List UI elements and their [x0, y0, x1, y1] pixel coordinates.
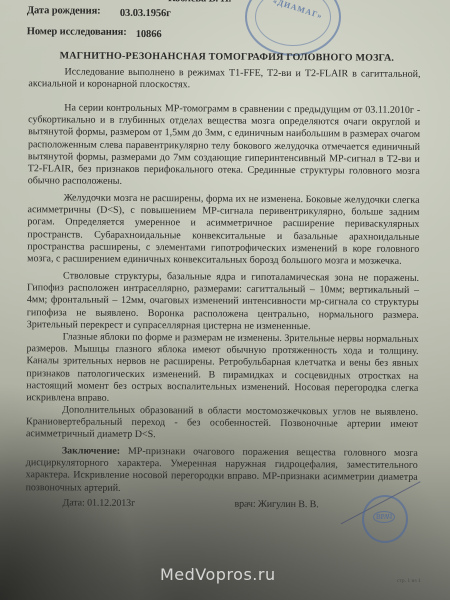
paragraph-1: Исследование выполнено в режимах T1-FFE,…	[28, 66, 420, 93]
paragraph-5: Глазные яблоки по форме и размерам не из…	[26, 331, 419, 407]
doctor-stamp-text: ВРАЧ	[373, 511, 395, 523]
watermark: MedVopros.ru	[160, 565, 276, 584]
paragraph-2: На серии контрольных МР-томограмм в срав…	[28, 102, 421, 190]
report-date: Дата: 01.12.2013г	[62, 497, 135, 509]
paragraph-4: Стволовые структуры, базальные ядра и ги…	[27, 270, 419, 334]
document-title: МАГНИТНО-РЕЗОНАНСНАЯ ТОМОГРАФИЯ ГОЛОВНОГ…	[60, 50, 395, 63]
study-number-label: Номер исследования:	[27, 26, 127, 38]
birth-date-label: Дата рождения:	[27, 5, 101, 17]
paragraph-6: Дополнительных образований в области мос…	[26, 404, 418, 443]
page-number: стр. 1 из 1	[397, 578, 421, 584]
birth-date-value: 03.03.1956г	[120, 8, 171, 19]
conclusion-label: Заключение:	[62, 445, 120, 456]
conclusion: Заключение: МР-признаки очагового пораже…	[26, 445, 418, 497]
study-number-value: 10866	[136, 29, 162, 40]
patient-name: Коблева В. П.	[168, 0, 231, 5]
doctor-name: врач: Жигулин В. В.	[234, 499, 318, 511]
paragraph-3: Желудочки мозга не расширены, форма их н…	[27, 192, 420, 268]
